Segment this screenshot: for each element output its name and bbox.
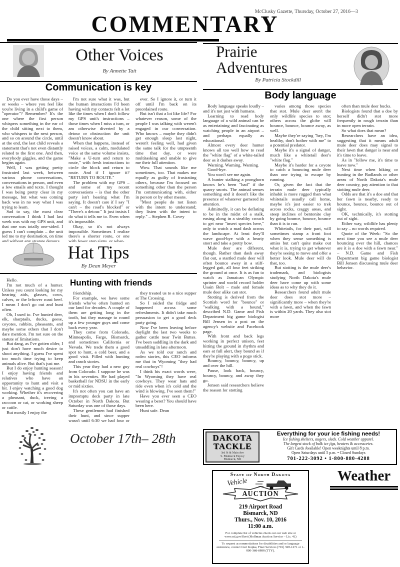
prairie-adventures-title: Prairie Adventures xyxy=(216,44,287,76)
dakota-tackle-line4: Open Saturdays until 5 p.m. • Closed Sun… xyxy=(261,451,396,456)
paragraph: they treated us to a nice supper at The … xyxy=(136,291,197,301)
prairie-adventures-column-1: Body language speaks loudly – and it's n… xyxy=(203,104,264,424)
paragraph: Admittedly, it can be deflating to be in… xyxy=(203,207,264,246)
paragraph: Whitetails, for their part, will sometim… xyxy=(270,226,331,265)
dakota-tackle-address: 3rd St & Main Ave S. Bismarck Expwy Bism… xyxy=(207,452,259,462)
auction-divider xyxy=(219,540,302,541)
columnist-photo-patricia-stockdill xyxy=(353,46,390,86)
paragraph: I'm not much of a hunter. Unless you cou… xyxy=(2,283,63,312)
paragraph: It's not often you can have an impromptu… xyxy=(69,389,130,409)
paragraph: The problem with my GPS – and some of my… xyxy=(69,180,130,224)
hat-tips-title: Hat Tips xyxy=(0,242,197,263)
hat-tips-column-3: they treated us to a nice supper at The … xyxy=(136,291,197,423)
paragraph: But dang, as I've gotten older, I just d… xyxy=(2,342,63,366)
paragraph: varies among those species that stot. Mu… xyxy=(270,104,331,133)
paragraph: As we told our ranch and rodeo stories, … xyxy=(136,350,197,370)
autumn-tree-illustration xyxy=(16,423,50,465)
hat-tips-byline: By Dean Meyer xyxy=(0,263,197,269)
paragraph: ever. So I ignore it, or turn it off unt… xyxy=(136,97,197,112)
paragraph: Stotting is derived from the Scottish wo… xyxy=(203,295,264,334)
dakota-tackle-logo: DAKOTA TACKLE 3rd St & Main Ave S. Bisma… xyxy=(206,432,260,463)
other-voices-headline: Communication is key xyxy=(0,82,197,94)
paragraph: Odds are that it's a doe and that her fa… xyxy=(337,192,398,212)
weather-rule-bottom xyxy=(330,489,398,491)
dakota-tackle-copy: Everything for your ice fishing needs! I… xyxy=(261,430,396,464)
paragraph: They come from Colorado, Minneapolis, Fa… xyxy=(69,330,130,364)
vehicle-auction-ad: State of North Dakota Vehicle AUCTION 21… xyxy=(212,470,309,564)
paragraph: Have you ever seen a CEO wearing a beret… xyxy=(136,394,197,409)
vehicle-auction-logo: Vehicle AUCTION xyxy=(221,478,301,502)
paragraph: Oh, I used to. I've hunted deer, elk, sh… xyxy=(2,312,63,341)
weather-title: Weather xyxy=(330,468,398,485)
paragraph: Researchers have an idea, suggesting tha… xyxy=(337,133,398,157)
paragraph: Biologists found that a doe by herself d… xyxy=(337,109,398,129)
banner-dates: October 17th– 28th xyxy=(70,431,176,447)
paragraph: These gentlemen had finished their hunt,… xyxy=(69,409,130,423)
paragraph: Quote of the Week: "So the next time you… xyxy=(337,231,398,270)
other-voices-title: Other Voices xyxy=(43,46,196,65)
prairie-adventures-column-3: often than mule deer bucks.Biologists fo… xyxy=(337,104,398,424)
hat-tips-column-1: Hello.I'm not much of a hunter. Unless y… xyxy=(2,278,63,423)
paragraph: Okay, so it's not always impossible. Som… xyxy=(69,224,130,242)
paragraph: Maybe they're saying "hey, I'm healthy, … xyxy=(270,133,331,148)
page: McClusky Gazette, Thursday, October 27, … xyxy=(0,0,400,567)
paragraph: With front and back legs working in perf… xyxy=(203,334,264,358)
other-voices-byline: By Annette Tait xyxy=(43,68,196,74)
paragraph: Maybe it's harder for a coyote to catch … xyxy=(270,163,331,183)
paragraph: A hunter stalking a pronghorn knows he's… xyxy=(203,177,264,206)
paragraph: "Most people do not listen with the inte… xyxy=(136,200,197,220)
other-voices-column-3: ever. So I ignore it, or turn it off unt… xyxy=(136,97,197,242)
weather-box: Weather xyxy=(330,468,398,490)
paragraph: This year they had a new guy from Colora… xyxy=(69,364,130,388)
paragraph: So I raided the fridge and happened acro… xyxy=(136,301,197,325)
paragraph: Well, I was getting pretty frustrated la… xyxy=(2,166,63,210)
auction-fine-print-1: For complete list of vehicles check out … xyxy=(215,532,306,539)
paragraph: When that happens, instead of raised voi… xyxy=(69,141,130,180)
paragraph: Sad to say, the most clear conversation … xyxy=(2,210,63,242)
dakota-tackle-phone: 701-222-3092 • 1-800-880-4288 xyxy=(261,456,396,462)
paragraph: Maybe it's a signal of danger, much like… xyxy=(270,148,331,163)
paragraph: For example, we have some friends who've… xyxy=(69,296,130,330)
auction-time: 11:00 a.m. xyxy=(215,524,306,531)
other-voices-column-2: I'm not sure what it was, but the human … xyxy=(69,97,130,242)
paragraph: But stotting is the mule deer's trademar… xyxy=(270,266,331,290)
prairie-adventures-headline: Body language xyxy=(203,90,398,102)
hat-tips-column-2: friendship.For example, we have some fri… xyxy=(69,291,130,423)
hat-tips-headline: Hunting with friends xyxy=(70,278,220,288)
paragraph: Wow. That sounds like me sometimes, too.… xyxy=(136,166,197,200)
section-title: COMMENTARY xyxy=(0,11,370,38)
svg-text:AUCTION: AUCTION xyxy=(242,490,279,498)
paragraph: But mostly I enjoy the xyxy=(2,410,63,415)
other-voices-column-1: Do you ever have those days – or weeks –… xyxy=(2,97,63,242)
paragraph: I think his exact words were, "In Wyomin… xyxy=(136,369,197,393)
columnist-photo-annette-tait xyxy=(13,45,44,77)
paragraph: Or, given the fact that the terrain mule… xyxy=(270,182,331,226)
paragraph: Almost every deer hunter knows all too w… xyxy=(203,143,264,163)
dakota-tackle-ad: DAKOTA TACKLE 3rd St & Main Ave S. Bisma… xyxy=(203,429,397,465)
paragraph: But I do enjoy hunting season! I enjoy h… xyxy=(2,366,63,410)
paragraph: Either way, wildlife has plenty to say –… xyxy=(337,222,398,232)
paragraph: Body language speaks loudly – and it's n… xyxy=(203,104,264,114)
paragraph: Now I've been leaving before daylight th… xyxy=(136,325,197,349)
prairie-adventures-header: Prairie Adventures By Patricia Stockdill xyxy=(203,43,398,90)
prairie-adventures-column-2: varies among those species that stot. Mu… xyxy=(270,104,331,424)
dakota-tackle-name: DAKOTA TACKLE xyxy=(207,434,259,451)
paragraph: Jensen said researchers believe the reas… xyxy=(203,383,264,393)
newspaper-page: { "masthead": { "edition": "McClusky Gaz… xyxy=(0,0,400,567)
paragraph: Do you ever have those days – or weeks –… xyxy=(2,97,63,166)
paragraph: Next time when hiking or hunting in the … xyxy=(337,168,398,192)
weather-rule-top xyxy=(330,486,398,488)
paragraph: But isn't that a lot like life? For what… xyxy=(136,112,197,166)
paragraph: Hunt safe. Dean xyxy=(136,409,197,414)
paragraph: Researchers found adult mule deer does s… xyxy=(270,290,331,319)
svg-text:Vehicle: Vehicle xyxy=(227,478,248,488)
paragraph: I'm not sure what it was, but the human … xyxy=(69,97,130,141)
paragraph: Pause, look back, bouncy, bouncy, bouncy… xyxy=(203,369,264,384)
auction-fine-print-2: To request accommodations for disabiliti… xyxy=(215,542,306,553)
other-voices-header: Other Voices By Annette Tait xyxy=(0,42,197,82)
prairie-adventures-byline: By Patricia Stockdill xyxy=(223,77,333,83)
paragraph: Learning to read body language of a wild… xyxy=(203,114,264,143)
hat-tips-rule xyxy=(0,273,197,274)
